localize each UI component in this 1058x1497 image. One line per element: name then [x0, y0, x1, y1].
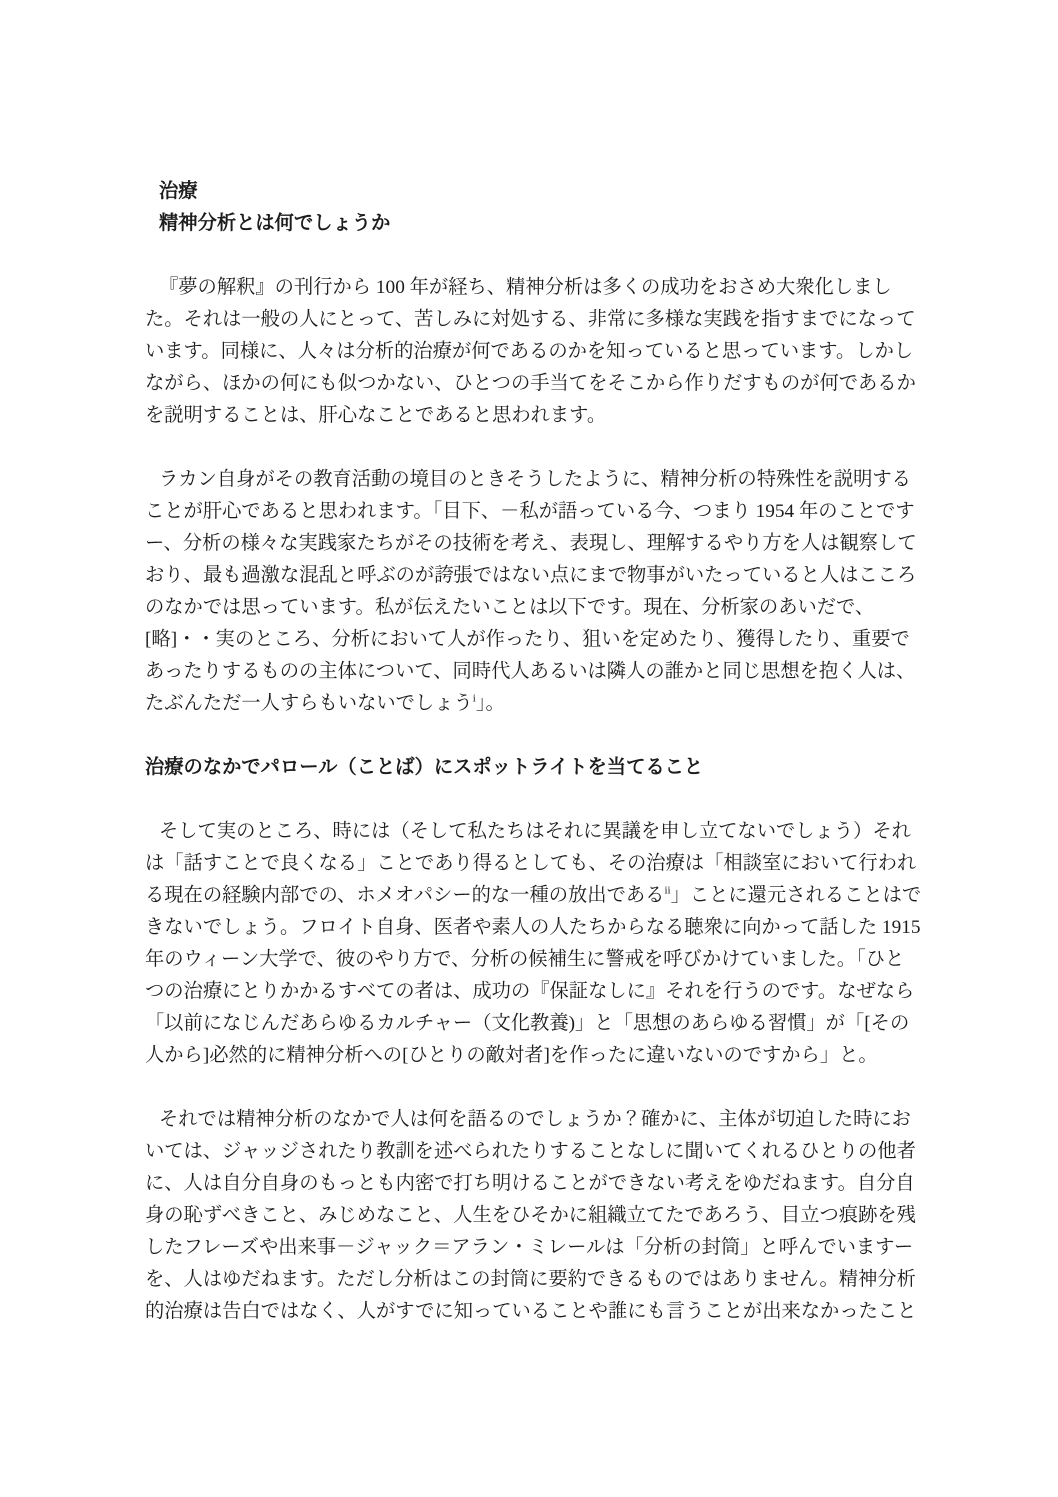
paragraph-line: 身の恥ずべきこと、みじめなこと、人生をひそかに組織立てたであろう、目立つ痕跡を残 [145, 1200, 929, 1232]
paragraph-line: きないでしょう。フロイト自身、医者や素人の人たちからなる聴衆に向かって話した 1… [145, 912, 929, 944]
paragraph-line: います。同様に、人々は分析的治療が何であるのかを知っていると思っています。しかし [145, 336, 929, 368]
paragraph-3: そして実のところ、時には（そして私たちはそれに異議を申し立てないでしょう）それ … [145, 816, 929, 1072]
doc-subtitle: 精神分析とは何でしょうか [145, 208, 929, 240]
paragraph-line: 人から]必然的に精神分析への[ひとりの敵対者]を作ったに違いないのですから」と。 [145, 1040, 929, 1072]
paragraph-line: 「以前になじんだあらゆるカルチャー（文化教養)」と「思想のあらゆる習慣」が「[そ… [145, 1008, 929, 1040]
paragraph-line: ながら、ほかの何にも似つかない、ひとつの手当てをそこから作りだすものが何であるか [145, 368, 929, 400]
paragraph-line: それでは精神分析のなかで人は何を語るのでしょうか？確かに、主体が切迫した時にお [145, 1104, 929, 1136]
paragraph-line: を、人はゆだねます。ただし分析はこの封筒に要約できるものではありません。精神分析 [145, 1264, 929, 1296]
paragraph-line: いては、ジャッジされたり教訓を述べられたりすることなしに聞いてくれるひとりの他者 [145, 1136, 929, 1168]
section-heading-block: 治療のなかでパロール（ことば）にスポットライトを当てること [145, 752, 929, 784]
paragraph-line: 的治療は告白ではなく、人がすでに知っていることや誰にも言うことが出来なかったこと [145, 1296, 929, 1328]
paragraph-text: 」。 [476, 693, 505, 714]
paragraph-line: 年のウィーン大学で、彼のやり方で、分析の候補生に警戒を呼びかけていました。「ひと [145, 944, 929, 976]
paragraph-line: したフレーズや出来事－ジャック＝アラン・ミレールは「分析の封筒」と呼んでいますー [145, 1232, 929, 1264]
paragraph-line: た。それは一般の人にとって、苦しみに対処する、非常に多様な実践を指すまでになって [145, 304, 929, 336]
paragraph-line: たぶんただ一人すらもいないでしょうi」。 [145, 688, 929, 720]
paragraph-line: る現在の経験内部での、ホメオパシー的な一種の放出であるii」ことに還元されること… [145, 880, 929, 912]
paragraph-4: それでは精神分析のなかで人は何を語るのでしょうか？確かに、主体が切迫した時にお … [145, 1104, 929, 1328]
paragraph-line: のなかでは思っています。私が伝えたいことは以下です。現在、分析家のあいだで、 [145, 592, 929, 624]
paragraph-line: は「話すことで良くなる」ことであり得るとしても、その治療は「相談室において行われ [145, 848, 929, 880]
paragraph-line: おり、最も過激な混乱と呼ぶのが誇張ではない点にまで物事がいたっていると人はこころ [145, 560, 929, 592]
document-content: 治療 精神分析とは何でしょうか 『夢の解釈』の刊行から 100 年が経ち、精神分… [145, 176, 929, 1328]
paragraph-line: を説明することは、肝心なことであると思われます。 [145, 400, 929, 432]
doc-title: 治療 [145, 176, 929, 208]
paragraph-line: 『夢の解釈』の刊行から 100 年が経ち、精神分析は多くの成功をおさめ大衆化しま… [145, 272, 929, 304]
paragraph-text: る現在の経験内部での、ホメオパシー的な一種の放出である [145, 885, 664, 906]
paragraph-line: あったりするものの主体について、同時代人あるいは隣人の誰かと同じ思想を抱く人は、 [145, 656, 929, 688]
paragraph-line: そして実のところ、時には（そして私たちはそれに異議を申し立てないでしょう）それ [145, 816, 929, 848]
paragraph-text: たぶんただ一人すらもいないでしょう [145, 693, 473, 714]
paragraph-line: に、人は自分自身のもっとも内密で打ち明けることができない考えをゆだねます。自分自 [145, 1168, 929, 1200]
paragraph-line: ことが肝心であると思われます。「目下、－私が語っている今、つまり 1954 年の… [145, 496, 929, 528]
paragraph-line: ラカン自身がその教育活動の境目のときそうしたように、精神分析の特殊性を説明する [145, 464, 929, 496]
heading-block: 治療 精神分析とは何でしょうか [145, 176, 929, 240]
paragraph-2: ラカン自身がその教育活動の境目のときそうしたように、精神分析の特殊性を説明する … [145, 464, 929, 720]
paragraph-line: [略]・・実のところ、分析において人が作ったり、狙いを定めたり、獲得したり、重要… [145, 624, 929, 656]
paragraph-line: つの治療にとりかかるすべての者は、成功の『保証なしに』それを行うのです。なぜなら [145, 976, 929, 1008]
paragraph-line: ー、分析の様々な実践家たちがその技術を考え、表現し、理解するやり方を人は観察して [145, 528, 929, 560]
document-page: 治療 精神分析とは何でしょうか 『夢の解釈』の刊行から 100 年が経ち、精神分… [0, 0, 1058, 1497]
paragraph-text: 」ことに還元されることはで [671, 885, 922, 906]
section-heading: 治療のなかでパロール（ことば）にスポットライトを当てること [145, 752, 929, 784]
paragraph-1: 『夢の解釈』の刊行から 100 年が経ち、精神分析は多くの成功をおさめ大衆化しま… [145, 272, 929, 432]
